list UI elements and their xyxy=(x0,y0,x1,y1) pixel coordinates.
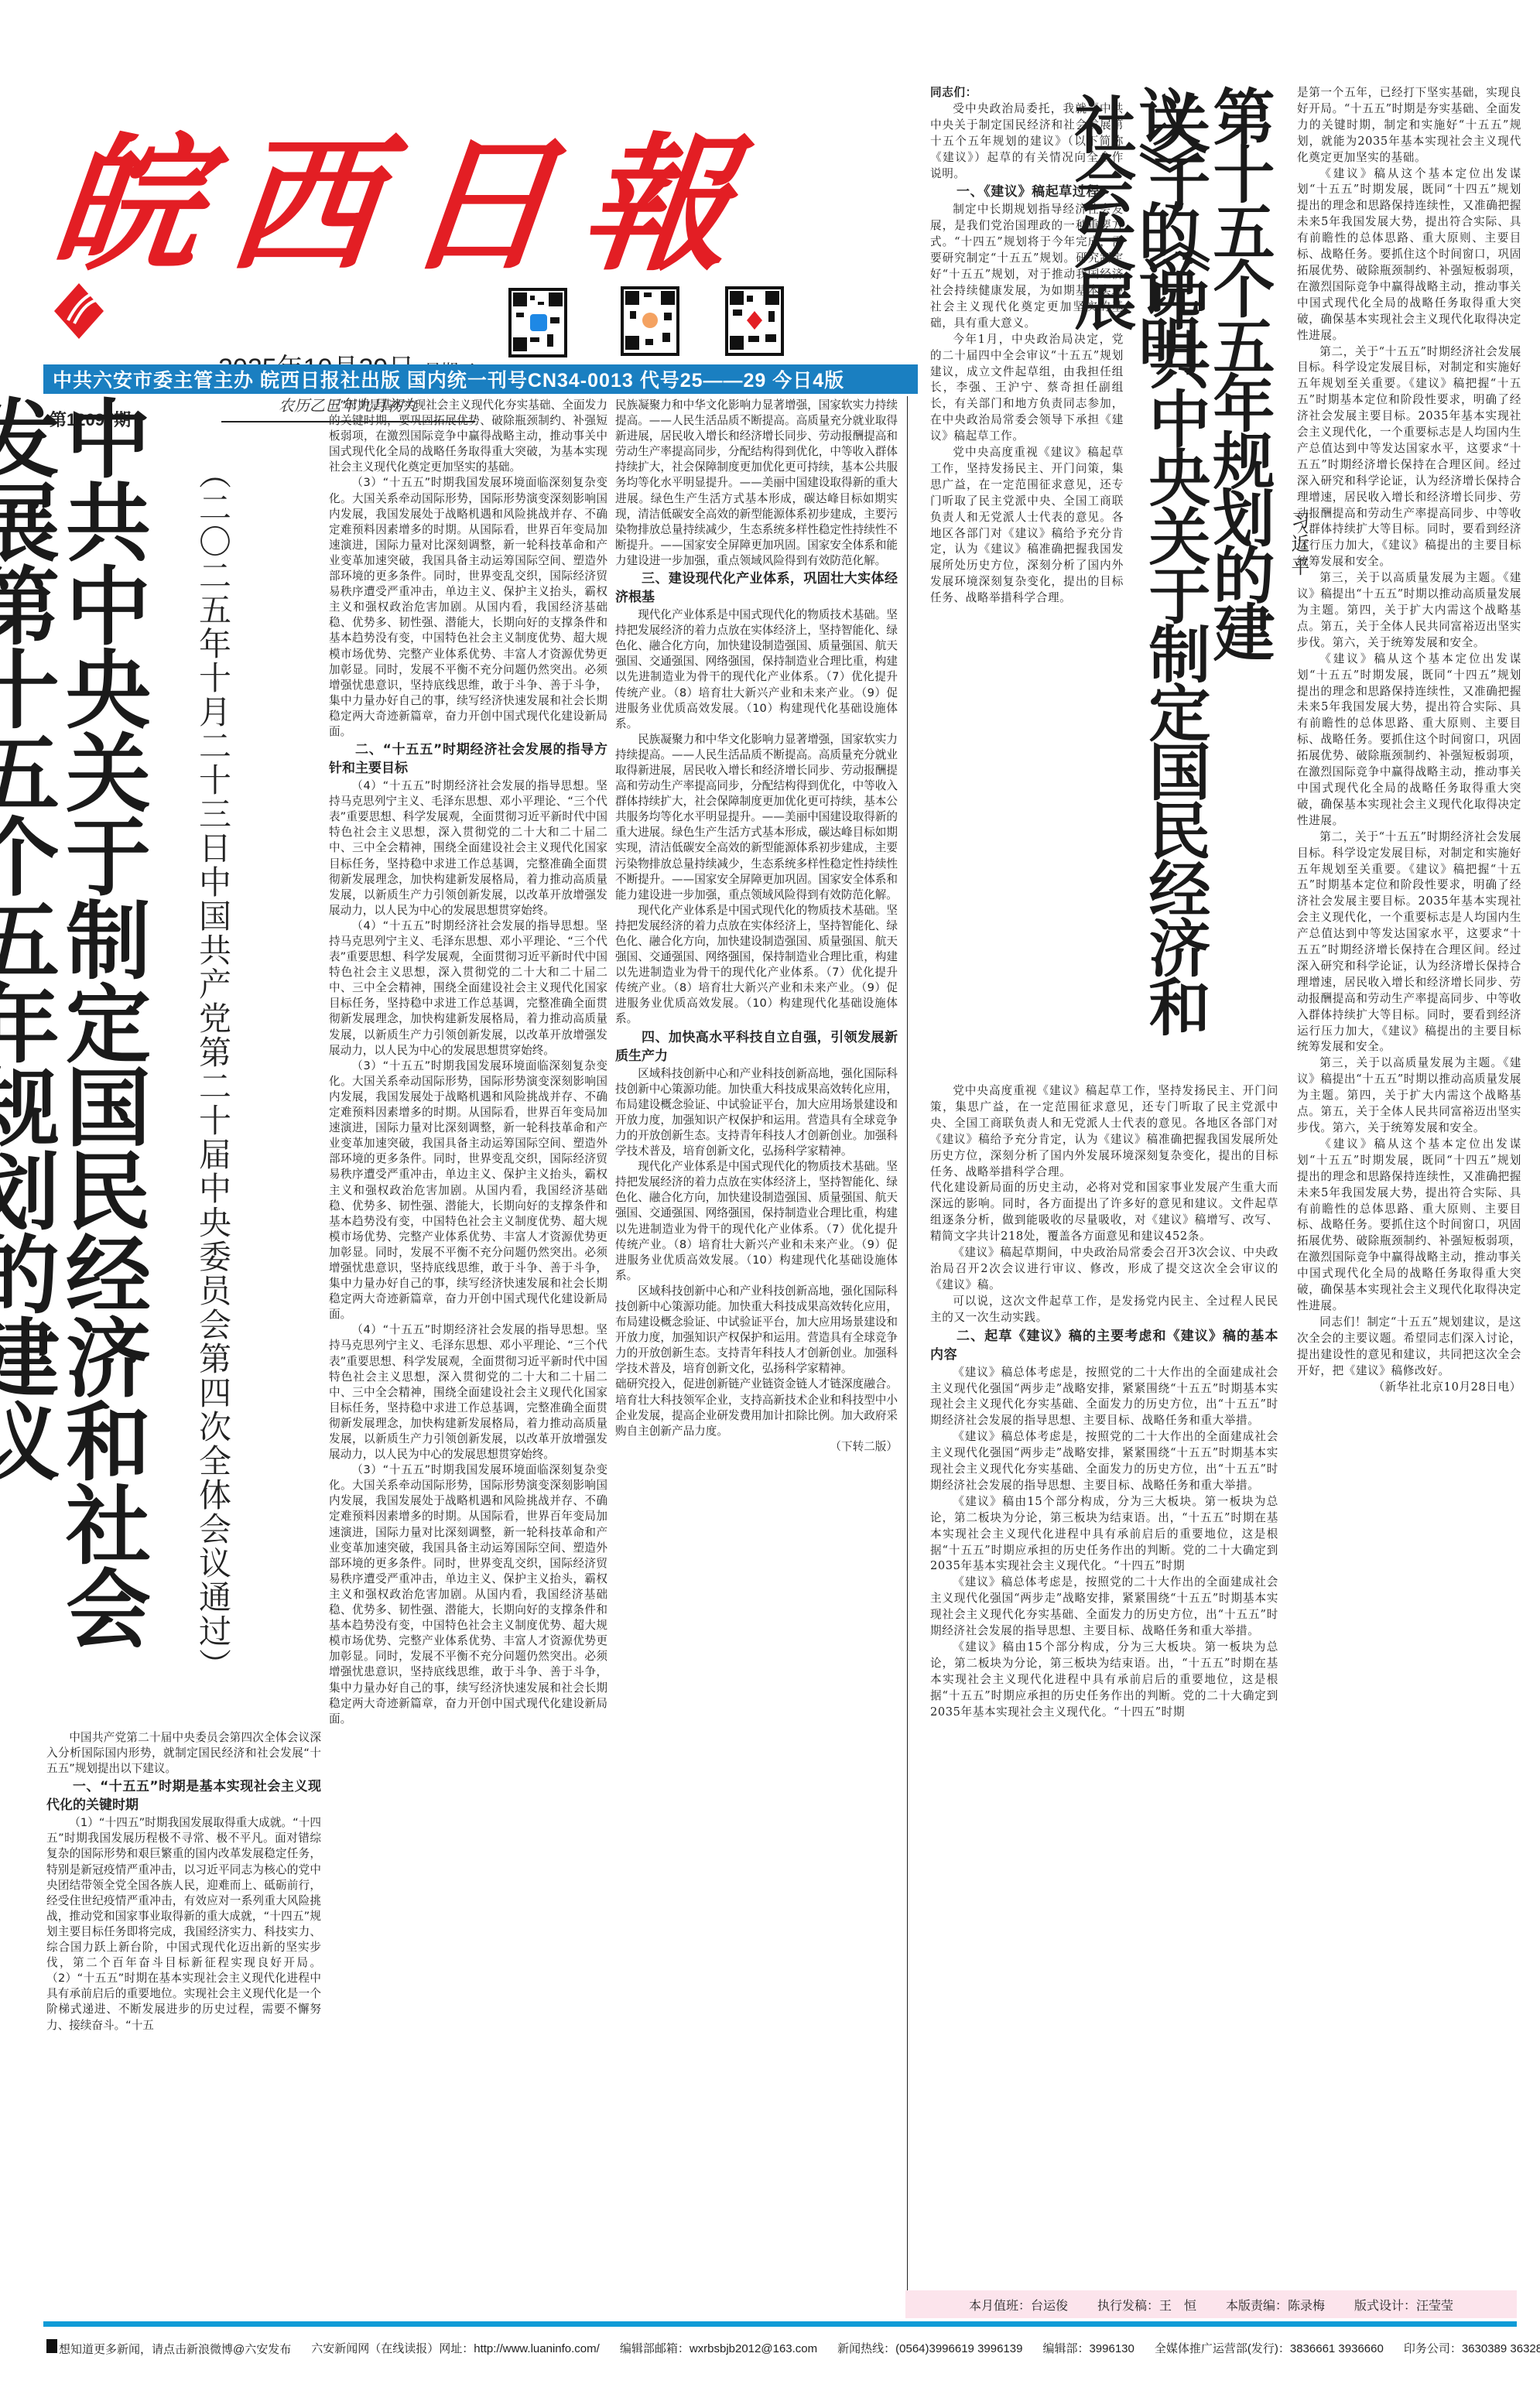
logo-char: 報 xyxy=(576,132,746,279)
staff-duty: 本月值班：台运俊 xyxy=(969,2296,1068,2314)
speech-paragraph: 《建议》稿起草期间，中央政治局常委会召开3次会议、中央政治局召开2次会议进行审议… xyxy=(930,1245,1278,1294)
continued-note: （下转二版） xyxy=(615,1439,898,1455)
staff-credits-bar: 本月值班：台运俊 执行发稿：王 恒 本版责编：陈录梅 版式设计：汪莹莹 xyxy=(905,2290,1517,2318)
article-paragraph: 础研究投入，促进创新链产业链资金链人才链深度融合。培育壮大科技领军企业，支持高新… xyxy=(615,1377,898,1438)
section-4-heading: 四、加快高水平科技自立自强，引领发展新质生产力 xyxy=(615,1028,898,1065)
speech-column-right: 是第一个五年，已经打下坚实基础，实现良好开局。“十五五”时期是夯实基础、全面发力… xyxy=(1297,85,1521,2221)
footer-weibo[interactable]: 想知道更多新闻，请点击新浪微博@六安发布 xyxy=(46,2339,291,2357)
weibo-qr-code-icon[interactable] xyxy=(619,285,681,357)
speech-paragraph: 第二，关于“十五五”时期经济社会发展目标。科学设定发展目标，对制定和实施好五年规… xyxy=(1297,344,1521,571)
news-agency-credit: （新华社北京10月28日电） xyxy=(1297,1380,1521,1396)
speech-paragraph: 《建议》稿由15个部分构成，分为三大板块。第一板块为总论，第二板块为分论，第三板… xyxy=(930,1640,1278,1721)
column-divider xyxy=(907,396,908,2314)
article-paragraph: 民族凝聚力和中华文化影响力显著增强，国家软实力持续提高。——人民生活品质不断提高… xyxy=(615,398,898,569)
footer-website-link[interactable]: 六安新闻网（在线读报）网址：http://www.luaninfo.com/ xyxy=(311,2340,600,2356)
speech-paragraph: 《建议》稿由15个部分构成，分为三大板块。第一板块为总论，第二板块为分论，第三板… xyxy=(930,1494,1278,1575)
footer-distribution-phone: 全媒体推广运营部(发行)：3836661 3936660 xyxy=(1155,2340,1384,2356)
footer-email-link[interactable]: 编辑部邮箱：wxrbsbjb2012@163.com xyxy=(620,2340,817,2356)
wanxi-daily-qr-code-icon[interactable] xyxy=(724,285,785,357)
article-paragraph: （1）“十四五”时期我国发展取得重大成就。“十四五”时期我国发展历程极不寻常、极… xyxy=(46,1815,321,2033)
section-1-heading: 一、“十五五”时期是基本实现社会主义现代化的关键时期 xyxy=(46,1777,321,1815)
article-paragraph: 现代化产业体系是中国式现代化的物质技术基础。坚持把发展经济的着力点放在实体经济上… xyxy=(615,607,898,732)
logo-char: 日 xyxy=(399,132,570,279)
intro-paragraph: 中国共产党第二十届中央委员会第四次全体会议深入分析国际国内形势，就制定国民经济和… xyxy=(46,1730,321,1777)
main-subhead: （二〇二五年十月二十三日中国共产党第二十届中央委员会第四次全体会议通过） xyxy=(193,457,232,1695)
footer-weibo-text: 想知道更多新闻，请点击新浪微博@六安发布 xyxy=(59,2343,291,2356)
speech-paragraph: 同志们！制定“十五五”规划建议，是这次全会的主要议题。希望同志们深入讨论，提出建… xyxy=(1297,1315,1521,1380)
speech-paragraph: 《建议》稿总体考虑是，按照党的二十大作出的全面建成社会主义现代化强国“两步走”战… xyxy=(930,1575,1278,1640)
article-paragraph: （4）“十五五”时期经济社会发展的指导思想。坚持马克思列宁主义、毛泽东思想、邓小… xyxy=(329,778,607,918)
square-bullet-icon xyxy=(46,2339,57,2353)
article-paragraph: （4）“十五五”时期经济社会发展的指导思想。坚持马克思列宁主义、毛泽东思想、邓小… xyxy=(329,918,607,1059)
footer-printing-phone: 印务公司：3630389 3632811 xyxy=(1404,2340,1540,2356)
newspaper-emblem-icon xyxy=(51,280,107,340)
speech-paragraph: 是第一个五年，已经打下坚实基础，实现良好开局。“十五五”时期是夯实基础、全面发力… xyxy=(1297,85,1521,166)
article-paragraph: （3）“十五五”时期我国发展环境面临深刻复杂变化。大国关系牵动国际形势，国际形势… xyxy=(329,1462,607,1727)
staff-designer: 版式设计：汪莹莹 xyxy=(1354,2296,1453,2314)
logo-char: 皖 xyxy=(46,132,217,279)
main-headline: 中共中央关于制定国民经济和社会发展第十五个五年规划的建议 xyxy=(54,395,147,1718)
app-qr-code-icon[interactable] xyxy=(507,286,569,359)
article-paragraph: （3）“十五五”时期我国发展环境面临深刻复杂变化。大国关系牵动国际形势，国际形势… xyxy=(329,1059,607,1323)
speech-paragraph: 党中央高度重视《建议》稿起草工作，坚持发扬民主、开门问策，集思广益，在一定范围征… xyxy=(930,445,1124,607)
speech-column-lower: 党中央高度重视《建议》稿起草工作，坚持发扬民主、开门问策，集思广益，在一定范围征… xyxy=(930,1083,1278,2287)
speech-paragraph: 第二，关于“十五五”时期经济社会发展目标。科学设定发展目标，对制定和实施好五年规… xyxy=(1297,829,1521,1056)
speech-paragraph: 可以说，这次文件起草工作，是发扬党内民主、全过程人民民主的又一次生动实践。 xyxy=(930,1294,1278,1326)
article-paragraph: 五”时期是基本实现社会主义现代化夯实基础、全面发力的关键时期，要巩固拓展优势、破… xyxy=(329,398,607,475)
speech-paragraph: 党中央高度重视《建议》稿起草工作，坚持发扬民主、开门问策，集思广益，在一定范围征… xyxy=(930,1083,1278,1180)
speech-paragraph: 第三，关于以高质量发展为主题。《建议》稿提出“十五五”时期以推动高质量发展为主题… xyxy=(1297,1055,1521,1137)
speech-paragraph: 《建议》稿从这个基本定位出发谋划“十五五”时期发展，既同“十四五”规划提出的理念… xyxy=(1297,1137,1521,1315)
article-column-2: 五”时期是基本实现社会主义现代化夯实基础、全面发力的关键时期，要巩固拓展优势、破… xyxy=(329,398,607,2315)
article-paragraph: （3）“十五五”时期我国发展环境面临深刻复杂变化。大国关系牵动国际形势，国际形势… xyxy=(329,475,607,740)
speech-paragraph: 代化建设新局面的历史主动，必将对党和国家事业发展产生重大而深远的影响。同时，各方… xyxy=(930,1180,1278,1245)
staff-editor: 执行发稿：王 恒 xyxy=(1097,2296,1196,2314)
logo-char: 西 xyxy=(223,132,393,279)
footer-contact-line: 想知道更多新闻，请点击新浪微博@六安发布 六安新闻网（在线读报）网址：http:… xyxy=(46,2337,1517,2358)
publisher-bar: 中共六安市委主管主办 皖西日报社出版 国内统一刊号CN34-0013 代号25—… xyxy=(43,364,918,394)
article-paragraph: 区域科技创新中心和产业科技创新高地，强化国际科技创新中心策源功能。加快重大科技成… xyxy=(615,1284,898,1377)
speech-paragraph: 今年1月，中央政治局决定，党的二十届四中全会审议“十五五”规划建议，成立文件起草… xyxy=(930,332,1124,445)
article-paragraph: 现代化产业体系是中国式现代化的物质技术基础。坚持把发展经济的着力点放在实体经济上… xyxy=(615,903,898,1028)
footer-rule xyxy=(43,2321,1517,2327)
speech-paragraph: 第三，关于以高质量发展为主题。《建议》稿提出“十五五”时期以推动高质量发展为主题… xyxy=(1297,570,1521,652)
article-paragraph: 民族凝聚力和中华文化影响力显著增强，国家软实力持续提高。——人民生活品质不断提高… xyxy=(615,732,898,903)
staff-page-editor: 本版责编：陈录梅 xyxy=(1226,2296,1325,2314)
speech-paragraph: 《建议》稿总体考虑是，按照党的二十大作出的全面建成社会主义现代化强国“两步走”战… xyxy=(930,1429,1278,1494)
article-column-3: 民族凝聚力和中华文化影响力显著增强，国家软实力持续提高。——人民生活品质不断提高… xyxy=(615,398,898,2315)
speech-paragraph: 《建议》稿总体考虑是，按照党的二十大作出的全面建成社会主义现代化强国“两步走”战… xyxy=(930,1365,1278,1430)
speech-paragraph: 《建议》稿从这个基本定位出发谋划“十五五”时期发展，既同“十四五”规划提出的理念… xyxy=(1297,166,1521,344)
speech-paragraph: 《建议》稿从这个基本定位出发谋划“十五五”时期发展，既同“十四五”规划提出的理念… xyxy=(1297,652,1521,829)
article-column-1: 中国共产党第二十届中央委员会第四次全体会议深入分析国际国内形势，就制定国民经济和… xyxy=(46,1730,321,2314)
footer-hotline: 新闻热线：(0564)3996619 3996139 xyxy=(837,2340,1022,2356)
speech-section-2-heading: 二、起草《建议》稿的主要考虑和《建议》稿的基本内容 xyxy=(930,1327,1278,1364)
newspaper-logo: 皖 西 日 報 xyxy=(45,116,760,294)
section-3-heading: 三、建设现代化产业体系，巩固壮大实体经济根基 xyxy=(615,570,898,607)
article-paragraph: 区域科技创新中心和产业科技创新高地，强化国际科技创新中心策源功能。加快重大科技成… xyxy=(615,1066,898,1160)
footer-editorial-phone: 编辑部：3996130 xyxy=(1042,2340,1134,2356)
article-paragraph: （4）“十五五”时期经济社会发展的指导思想。坚持马克思列宁主义、毛泽东思想、邓小… xyxy=(329,1322,607,1462)
section-2-heading: 二、“十五五”时期经济社会发展的指导方针和主要目标 xyxy=(329,741,607,778)
article-paragraph: 现代化产业体系是中国式现代化的物质技术基础。坚持把发展经济的着力点放在实体经济上… xyxy=(615,1159,898,1284)
speech-headline-part-1: 关于《中共中央关于制定国民经济和社会发展 xyxy=(1126,93,1211,1091)
